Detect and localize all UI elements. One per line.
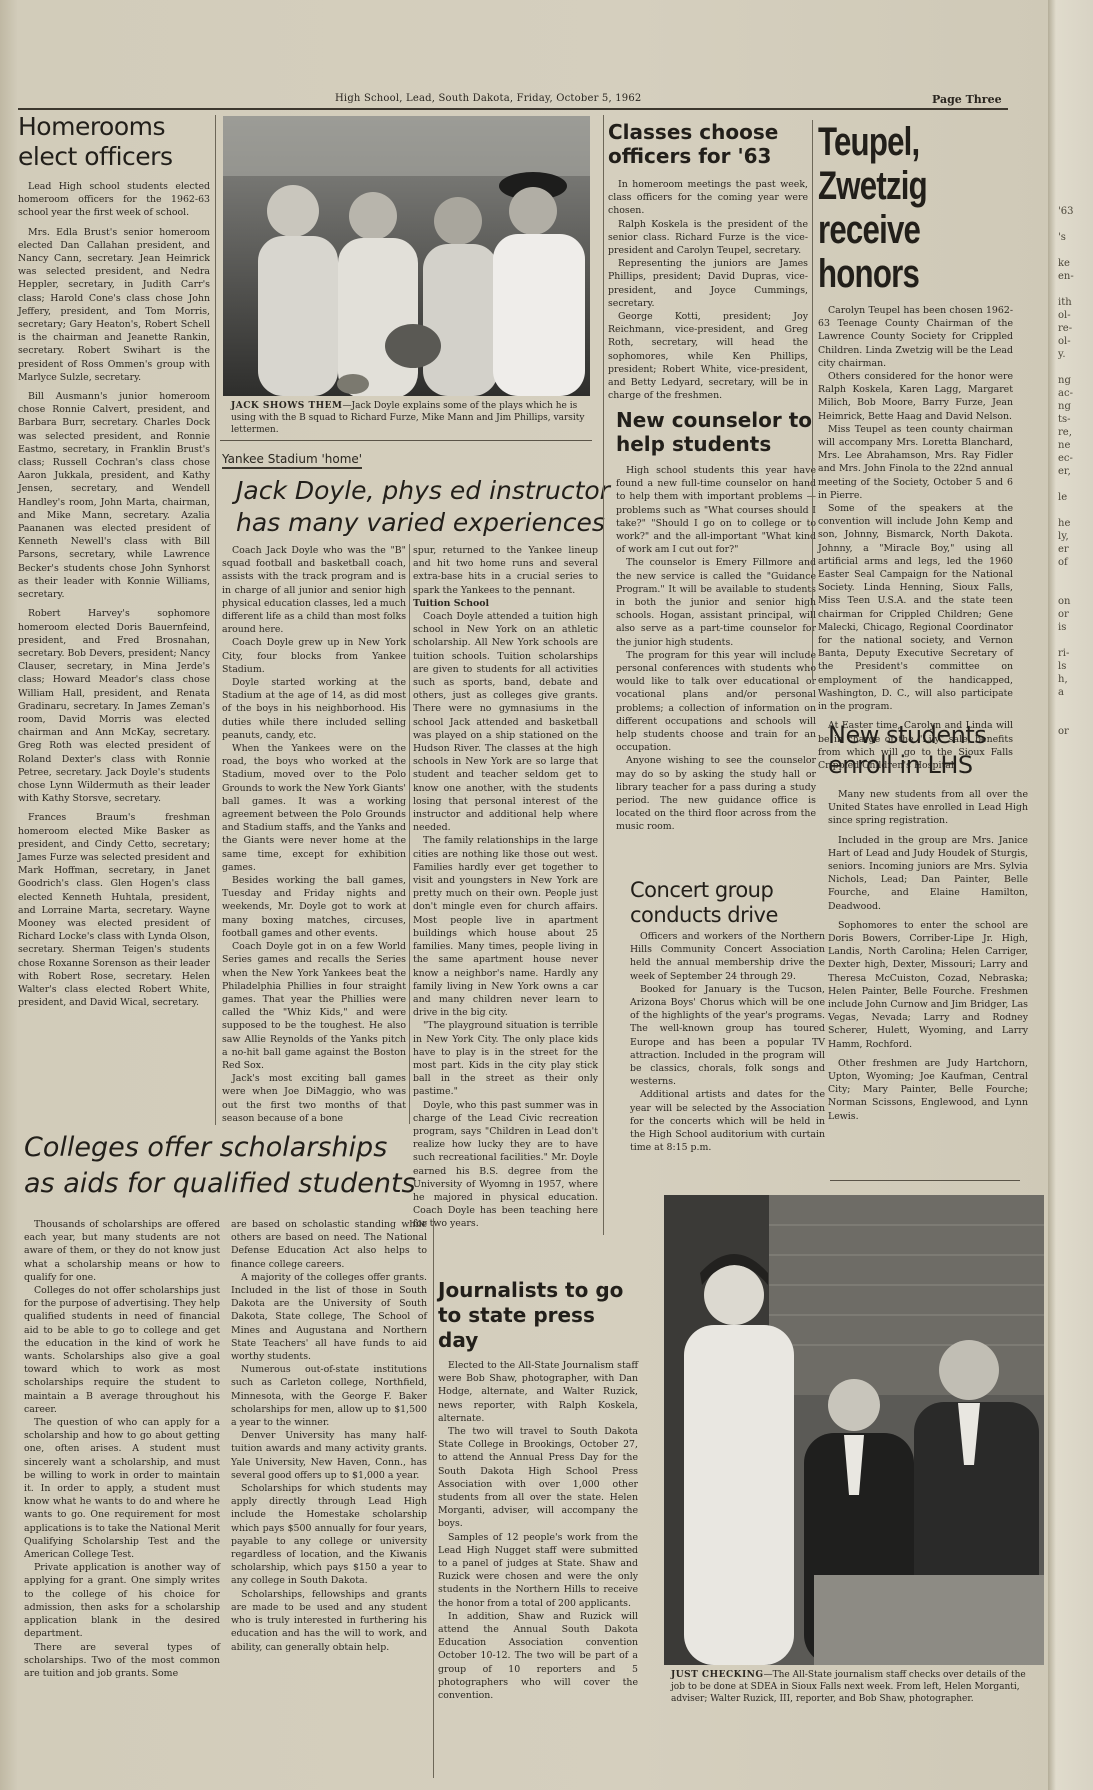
paragraph: When the Yankees were on the road, the b… — [222, 742, 406, 874]
paragraph: Some of the speakers at the convention w… — [818, 502, 1013, 713]
article-classes: Classes choose officers for '63 In homer… — [608, 120, 808, 402]
paragraph: Representing the juniors are James Phill… — [608, 257, 808, 310]
paragraph: In addition, Shaw and Ruzick will attend… — [438, 1610, 638, 1702]
paragraph: Samples of 12 people's work from the Lea… — [438, 1531, 638, 1610]
paragraph: Doyle started working at the Stadium at … — [222, 676, 406, 742]
paragraph: Numerous out-of-state institutions such … — [231, 1363, 427, 1429]
photo-jack-doyle-players — [223, 116, 590, 396]
article-scholarships: Colleges offer scholarships as aids for … — [24, 1130, 424, 1202]
article-new-students: New students enroll in LHS Many new stud… — [828, 720, 1028, 1123]
paragraph: Additional artists and dates for the yea… — [630, 1088, 825, 1154]
paragraph: Scholarships, fellowships and grants are… — [231, 1588, 427, 1654]
headline: Journalists to go to state press day — [438, 1278, 638, 1353]
paragraph: High school students this year have foun… — [616, 464, 816, 556]
paragraph: Elected to the All-State Journalism staf… — [438, 1359, 638, 1425]
paragraph: Anyone wishing to see the counselor may … — [616, 754, 816, 833]
section-rule — [220, 440, 592, 441]
paragraph: Denver University has many half-tuition … — [231, 1429, 427, 1482]
paragraph: Booked for January is the Tucson, Arizon… — [630, 983, 825, 1089]
paragraph: Coach Doyle got in on a few World Series… — [222, 940, 406, 1072]
paragraph: Thousands of scholarships are offered ea… — [24, 1218, 220, 1284]
paragraph: The program for this year will include p… — [616, 649, 816, 755]
article-teupel: Teupel, Zwetzig receive honors Carolyn T… — [818, 120, 1028, 772]
article-concert: Concert group conducts drive Officers an… — [630, 878, 825, 1154]
newspaper-page: High School, Lead, South Dakota, Friday,… — [0, 0, 1050, 1790]
paragraph: Coach Doyle attended a tuition high scho… — [413, 610, 598, 834]
headline: Concert group conducts drive — [630, 878, 825, 928]
photo-caption-jack: JACK SHOWS THEM—Jack Doyle explains some… — [231, 400, 587, 436]
page-number: Page Three — [932, 93, 1002, 106]
paragraph: Private application is another way of ap… — [24, 1561, 220, 1640]
column-rule — [433, 1218, 434, 1778]
paragraph: Lead High school students elected homero… — [18, 180, 210, 220]
paragraph: are based on scholastic standing while o… — [231, 1218, 427, 1271]
paragraph: Jack's most exciting ball games were whe… — [222, 1072, 406, 1125]
paragraph: Robert Harvey's sophomore homeroom elect… — [18, 607, 210, 805]
paragraph: Coach Doyle grew up in New York City, fo… — [222, 636, 406, 676]
headline: Teupel, Zwetzig receive honors — [818, 120, 1021, 296]
paragraph: A majority of the colleges offer grants.… — [231, 1271, 427, 1363]
paragraph: Other freshmen are Judy Hartchorn, Upton… — [828, 1057, 1028, 1123]
paragraph: Many new students from all over the Unit… — [828, 788, 1028, 828]
article-body: In homeroom meetings the past week, clas… — [608, 178, 808, 402]
headline: Classes choose officers for '63 — [608, 120, 808, 168]
column-rule — [215, 115, 216, 1125]
section-rule — [830, 1180, 1020, 1181]
paragraph: Frances Braum's freshman homeroom electe… — [18, 811, 210, 1009]
article-body: Elected to the All-State Journalism staf… — [438, 1359, 638, 1702]
paragraph: Doyle, who this past summer was in charg… — [413, 1099, 598, 1231]
paragraph: Scholarships for which students may appl… — [231, 1482, 427, 1588]
dateline: High School, Lead, South Dakota, Friday,… — [335, 93, 642, 104]
photo-illustration — [223, 116, 590, 396]
paragraph: Besides working the ball games, Tuesday … — [222, 874, 406, 940]
scholarships-column-1: Thousands of scholarships are offered ea… — [24, 1218, 220, 1680]
paragraph: Miss Teupel as teen county chairman will… — [818, 423, 1013, 502]
subhead: Tuition School — [413, 597, 598, 610]
paragraph: Included in the group are Mrs. Janice Ha… — [828, 834, 1028, 913]
article-doyle: Yankee Stadium 'home' Jack Doyle, phys e… — [222, 448, 602, 539]
paragraph: Coach Jack Doyle who was the "B" squad f… — [222, 544, 406, 636]
article-body: High school students this year have foun… — [616, 464, 816, 834]
article-body: Many new students from all over the Unit… — [828, 788, 1028, 1123]
article-body: Officers and workers of the Northern Hil… — [630, 930, 825, 1154]
paragraph: Ralph Koskela is the president of the se… — [608, 218, 808, 258]
article-body: Lead High school students elected homero… — [18, 180, 210, 1009]
doyle-column-2: spur, returned to the Yankee lineup and … — [413, 544, 598, 1231]
article-journalists: Journalists to go to state press day Ele… — [438, 1278, 638, 1702]
doyle-column-1: Coach Jack Doyle who was the "B" squad f… — [222, 544, 406, 1125]
headline: Homerooms elect officers — [18, 112, 210, 172]
paragraph: Mrs. Edla Brust's senior homeroom electe… — [18, 226, 210, 384]
scholarships-column-2: are based on scholastic standing while o… — [231, 1218, 427, 1654]
photo-journalism-staff — [664, 1195, 1044, 1665]
paragraph: Others considered for the honor were Ral… — [818, 370, 1013, 423]
column-rule — [812, 120, 813, 680]
masthead-rule — [18, 108, 1008, 110]
caption-lead: JACK SHOWS THEM — [231, 401, 342, 411]
headline-line-1: Jack Doyle, phys ed instructor — [236, 475, 602, 507]
next-page-fragments: '63 's ke en- ith ol- re- ol- y. ng ac- … — [1058, 205, 1074, 738]
paragraph: George Kotti, president; Joy Reichmann, … — [608, 310, 808, 402]
headline: New students enroll in LHS — [828, 720, 1028, 780]
headline: New counselor to help students — [616, 408, 816, 456]
paragraph: The two will travel to South Dakota Stat… — [438, 1425, 638, 1531]
paragraph: Carolyn Teupel has been chosen 1962-63 T… — [818, 304, 1013, 370]
kicker: Yankee Stadium 'home' — [222, 452, 362, 469]
column-rule — [603, 115, 604, 1235]
article-homerooms: Homerooms elect officers Lead High schoo… — [18, 112, 210, 1009]
photo-caption-just-checking: JUST CHECKING—The All-State journalism s… — [671, 1669, 1039, 1705]
photo-illustration — [664, 1195, 1044, 1665]
paragraph: spur, returned to the Yankee lineup and … — [413, 544, 598, 597]
headline-line-2: has many varied experiences — [236, 507, 602, 539]
paragraph: In homeroom meetings the past week, clas… — [608, 178, 808, 218]
paragraph: The question of who can apply for a scho… — [24, 1416, 220, 1561]
paragraph: Bill Ausmann's junior homeroom chose Ron… — [18, 390, 210, 601]
paragraph: The counselor is Emery Fillmore and the … — [616, 556, 816, 648]
paragraph: Sophomores to enter the school are Doris… — [828, 919, 1028, 1051]
column-rule — [409, 544, 410, 1124]
paragraph: Colleges do not offer scholarships just … — [24, 1284, 220, 1416]
paragraph: There are several types of scholarships.… — [24, 1641, 220, 1681]
article-body: Carolyn Teupel has been chosen 1962-63 T… — [818, 304, 1013, 772]
headline-line-1: Colleges offer scholarships — [24, 1130, 424, 1166]
paragraph: The family relationships in the large ci… — [413, 834, 598, 1019]
paragraph: "The playground situation is terrible in… — [413, 1019, 598, 1098]
article-counselor: New counselor to help students High scho… — [616, 408, 816, 834]
headline-line-2: as aids for qualified students — [24, 1166, 424, 1202]
paragraph: Officers and workers of the Northern Hil… — [630, 930, 825, 983]
caption-lead: JUST CHECKING — [671, 1670, 764, 1680]
